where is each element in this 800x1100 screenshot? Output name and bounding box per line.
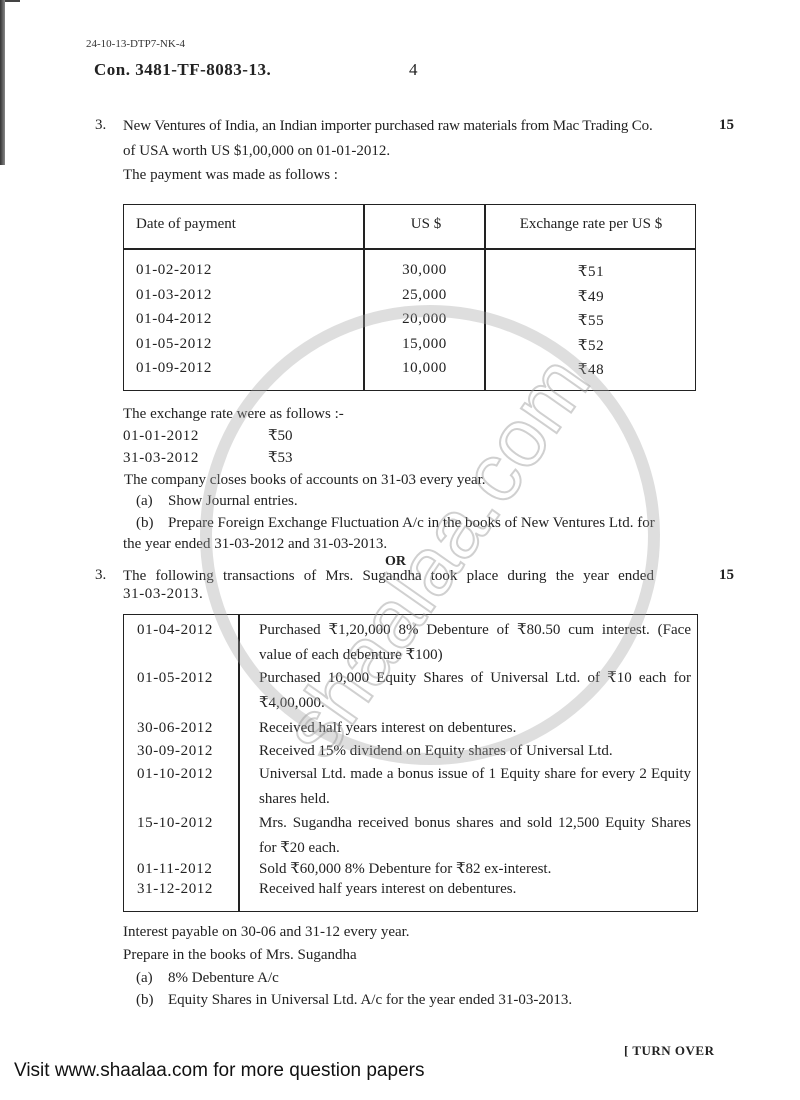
payment-rate: ₹52 [486,336,696,355]
payment-rate: ₹48 [486,360,696,379]
transaction-date: 01-11-2012 [137,861,212,878]
payment-amount: 15,000 [365,336,484,353]
payment-amount: 30,000 [365,262,484,279]
payment-amount: 25,000 [365,287,484,304]
transaction-date: 15-10-2012 [137,815,213,832]
transaction-date: 31-12-2012 [137,881,213,898]
payment-date: 01-02-2012 [136,262,336,279]
prepare-intro: Prepare in the books of Mrs. Sugandha [123,943,357,968]
interest-note: Interest payable on 30-06 and 31-12 ever… [123,920,410,945]
table-header-divider [124,248,695,250]
payment-date: 01-05-2012 [136,336,336,353]
transaction-description: Received 15% dividend on Equity shares o… [259,739,691,764]
transaction-date: 01-05-2012 [137,670,213,687]
payment-amount: 10,000 [365,360,484,377]
page-number: 4 [409,60,418,80]
payment-date: 01-04-2012 [136,311,336,328]
question-text-line: 31-03-2013. [123,582,203,607]
question-marks: 15 [719,117,734,134]
part-text: Equity Shares in Universal Ltd. A/c for … [168,988,572,1013]
transaction-description: Purchased 10,000 Equity Shares of Univer… [259,666,691,716]
transaction-date: 30-09-2012 [137,743,213,760]
question-marks: 15 [719,567,734,584]
payment-table: Date of payment US $ Exchange rate per U… [123,204,696,391]
footer-link[interactable]: Visit www.shaalaa.com for more question … [14,1060,424,1082]
question-text-line: New Ventures of India, an Indian importe… [123,114,653,139]
transactions-table: 01-04-2012Purchased ₹1,20,000 8% Debentu… [123,614,698,912]
question-number: 3. [95,117,106,134]
question-text-line: The payment was made as follows : [123,163,338,188]
transaction-description: Purchased ₹1,20,000 8% Debenture of ₹80.… [259,618,691,668]
transaction-date: 01-10-2012 [137,766,213,783]
transaction-date: 30-06-2012 [137,720,213,737]
part-label: (b) [136,988,154,1013]
payment-date: 01-03-2012 [136,287,336,304]
table-divider [238,615,240,911]
transaction-description: Received half years interest on debentur… [259,716,691,741]
turn-over-note: [ TURN OVER [624,1043,715,1059]
print-code: 24-10-13-DTP7-NK-4 [86,38,185,50]
paper-code: Con. 3481-TF-8083-13. [94,60,271,80]
question-text-line: of USA worth US $1,00,000 on 01-01-2012. [123,139,390,164]
scan-edge-left [0,0,5,165]
transaction-description: Mrs. Sugandha received bonus shares and … [259,811,691,861]
transaction-date: 01-04-2012 [137,622,213,639]
payment-amount: 20,000 [365,311,484,328]
payment-rate: ₹49 [486,287,696,306]
column-header: Exchange rate per US $ [486,216,696,233]
transaction-description: Received half years interest on debentur… [259,877,691,902]
part-text-continuation: the year ended 31-03-2012 and 31-03-2013… [123,532,387,557]
payment-rate: ₹55 [486,311,696,330]
payment-date: 01-09-2012 [136,360,336,377]
column-header: US $ [368,216,484,233]
question-number: 3. [95,567,106,584]
column-header: Date of payment [136,216,236,233]
payment-rate: ₹51 [486,262,696,281]
transaction-description: Universal Ltd. made a bonus issue of 1 E… [259,762,691,812]
